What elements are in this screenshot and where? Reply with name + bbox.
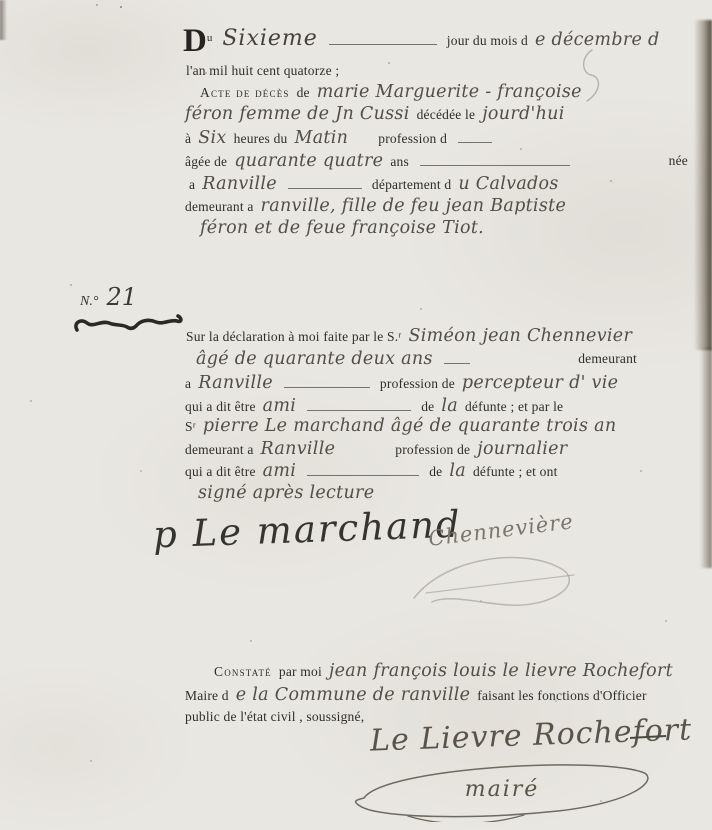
printed-text: a [185, 376, 191, 391]
handwritten-text: jourd'hui [482, 104, 564, 124]
printed-text: jour du mois d [447, 33, 528, 48]
handwritten-text: percepteur d' vie [462, 373, 618, 393]
act-number-label: N.° [80, 294, 98, 309]
handwritten-text: Siméon jean Chennevier [408, 326, 632, 346]
handwritten-text: ami [263, 461, 297, 481]
printed-text: D [183, 23, 207, 59]
handwritten-text: journalier [477, 439, 567, 459]
handwritten-text: Ranville [198, 373, 273, 393]
mayor-title-flourish: mairé [342, 756, 662, 822]
record-line-parents: féron et de feue françoise Tiot. [200, 218, 491, 240]
paper-specks [0, 0, 2, 2]
printed-text: u [207, 32, 213, 44]
record-line-hour: àSixheures duMatinprofession d [185, 128, 502, 150]
record-line-deceased: féron femme de Jn Cussidécédée lejourd'h… [185, 104, 572, 126]
printed-text: Acte de décès [200, 85, 290, 100]
spacer [342, 453, 388, 454]
act-number-value: 21 [106, 283, 137, 311]
record-line-residence: demeurant aranville, fille de feu jean B… [185, 196, 573, 218]
handwritten-text: la [449, 461, 466, 481]
printed-text: public de l'état civil , soussigné, [185, 709, 364, 724]
handwritten-text: e la Commune de ranville [236, 685, 471, 705]
handwritten-text: Matin [294, 128, 348, 148]
printed-text: Constaté [214, 664, 272, 679]
printed-text: par moi [279, 664, 322, 679]
mayor-title: mairé [342, 777, 662, 802]
spacer [355, 142, 371, 143]
printed-text: qui a dit être [185, 464, 256, 479]
closing-line-2: Maire de la Commune de ranvillefaisant l… [185, 685, 654, 707]
printed-text: de [297, 85, 310, 100]
handwritten-text: pierre Le marchand âgé de quarante trois… [203, 416, 617, 436]
corner-binding-mark [0, 0, 7, 40]
printed-text: née [669, 153, 688, 169]
page-edge-shadow-lower [700, 348, 712, 568]
printed-text: faisant les fonctions d'Officier [477, 688, 646, 703]
printed-text: ans [390, 154, 409, 169]
record-line-date: DuSixiemejour du mois de décembre d [183, 26, 667, 48]
printed-text: profession de [380, 376, 455, 391]
declaration-line-6: demeurant aRanvilleprofession dejournali… [185, 439, 574, 461]
margin-squiggle-flourish [72, 314, 188, 343]
blank-field-rule [307, 401, 411, 411]
printed-text: défunte ; et par le [465, 399, 563, 414]
printed-text: âgée de [185, 154, 227, 169]
printed-text: Sur la déclaration à moi faite par le S.… [186, 329, 401, 344]
printed-text: l'an mil huit cent quatorze ; [186, 63, 339, 78]
handwritten-text: âgé de quarante deux ans [196, 349, 433, 369]
printed-text: département d [372, 177, 451, 192]
blank-field-rule [329, 35, 437, 45]
handwritten-text: e décembre d [535, 30, 660, 50]
handwritten-text: Ranville [202, 174, 277, 194]
handwritten-text: la [441, 396, 458, 416]
blank-field-rule [444, 354, 470, 364]
record-line-age: âgée dequarante quatreansnée [185, 151, 695, 173]
printed-text: à [185, 131, 191, 146]
record-line-act-title: Acte de décèsdemarie Marguerite - franço… [200, 82, 589, 104]
declaration-line-8: signé après lecture [198, 483, 381, 505]
blank-field-rule [458, 133, 492, 143]
printed-text: a [189, 177, 195, 192]
declaration-line-7: qui a dit êtreamideladéfunte ; et ont [185, 461, 565, 483]
blank-field-rule [307, 466, 419, 476]
closing-line-1: Constatépar moijean françois louis le li… [214, 661, 680, 683]
printed-text: de [421, 399, 434, 414]
declaration-line-1: Sur la déclaration à moi faite par le S.… [186, 326, 639, 348]
handwritten-text: ami [263, 396, 297, 416]
printed-text: demeurant [578, 351, 637, 367]
declaration-line-4: qui a dit êtreamideladéfunte ; et par le [185, 396, 570, 418]
handwritten-text: u Calvados [458, 174, 558, 194]
record-line-year: l'an mil huit cent quatorze ; [186, 62, 346, 84]
handwritten-text: Sixieme [222, 26, 317, 51]
handwritten-text: ranville, fille de feu jean Baptiste [261, 196, 567, 216]
printed-text: heures du [234, 131, 288, 146]
declaration-line-2: âgé de quarante deux ansdemeurant [196, 349, 644, 371]
handwritten-text: quarante quatre [234, 151, 383, 171]
printed-text: profession d [378, 131, 447, 146]
death-record-page: DuSixiemejour du mois de décembre d l'an… [0, 0, 712, 830]
blank-field-rule [420, 156, 570, 166]
handwritten-text: marie Marguerite - françoise [317, 82, 582, 102]
declaration-line-5: Sʳpierre Le marchand âgé de quarante tro… [185, 416, 623, 438]
printed-text: qui a dit être [185, 399, 256, 414]
printed-text: défunte ; et ont [473, 464, 558, 479]
handwritten-text: jean françois louis le lievre Rochefort [329, 661, 673, 681]
record-line-birthplace: aRanvilledépartement du Calvados [189, 174, 566, 196]
act-number: N.°21 [80, 283, 137, 311]
page-edge-shadow [694, 20, 712, 350]
printed-text: demeurant a [185, 442, 254, 457]
blank-field-rule [288, 179, 362, 189]
printed-text: profession de [395, 442, 470, 457]
declaration-line-3: aRanvilleprofession depercepteur d' vie [185, 373, 625, 395]
blank-field-rule [284, 378, 370, 388]
printed-text: décédée le [417, 107, 476, 122]
printed-text: Sʳ [185, 419, 196, 434]
handwritten-text: féron femme de Jn Cussi [185, 104, 410, 124]
printed-text: de [429, 464, 442, 479]
handwritten-text: Ranville [261, 439, 336, 459]
signature-flourish [402, 546, 598, 625]
printed-text: demeurant a [185, 199, 254, 214]
printed-text: Maire d [185, 688, 229, 703]
handwritten-text: féron et de feue françoise Tiot. [200, 218, 484, 238]
handwritten-text: signé après lecture [198, 483, 374, 503]
handwritten-text: Six [198, 128, 226, 148]
closing-line-3: public de l'état civil , soussigné, [185, 708, 371, 730]
